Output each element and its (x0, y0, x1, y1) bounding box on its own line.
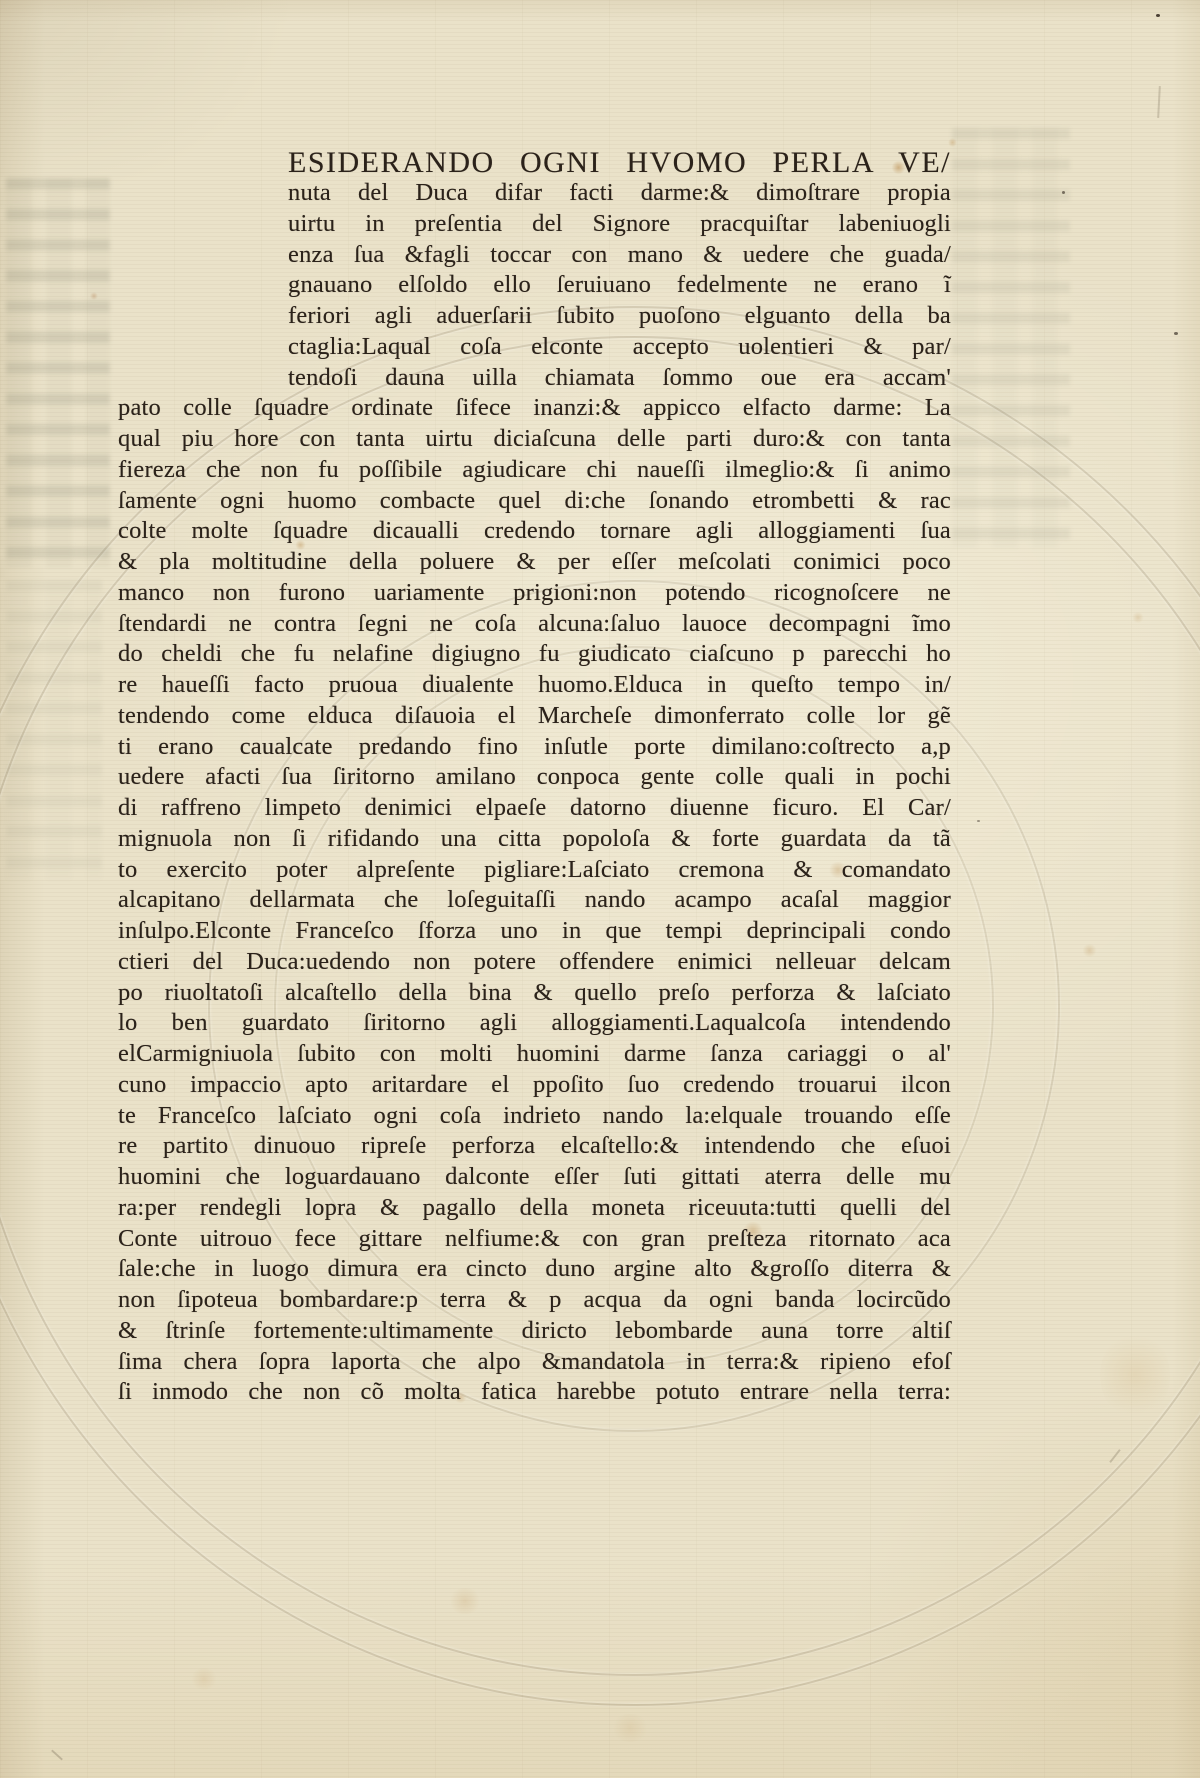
text-line: uedere afacti ſua ſiritorno amilano conp… (118, 762, 951, 793)
text-line: to exercito poter alpreſente pigliare:La… (118, 855, 951, 886)
text-line: manco non furono uariamente prigioni:non… (118, 578, 951, 609)
text-line: mignuola non ſi rifidando una citta popo… (118, 824, 951, 855)
foxing-stain (1132, 612, 1144, 623)
text-line: Conte uitrouo fece gittare nelfiume:& co… (118, 1224, 951, 1255)
text-line: pato colle ſquadre ordinate ſifece inanz… (118, 393, 951, 424)
text-line: po riuoltatoſi alcaſtello della bina & q… (118, 978, 951, 1009)
corner-mark-bottom-right (1109, 1449, 1120, 1463)
text-line: ſale:che in luogo dimura era cincto duno… (118, 1254, 951, 1285)
text-line: ſamente ogni huomo combacte quel di:che … (118, 486, 951, 517)
text-line: cuno impaccio apto aritardare el ppoſito… (118, 1070, 951, 1101)
foxing-stain (190, 1668, 218, 1690)
book-page: ESIDERANDO OGNI HVOMO PERLA VE/ nuta del… (0, 0, 1200, 1778)
text-line: & ſtrinſe fortemente:ultimamente diricto… (118, 1316, 951, 1347)
text-line: qual piu hore con tanta uirtu diciaſcuna… (118, 424, 951, 455)
indented-opening-block: ESIDERANDO OGNI HVOMO PERLA VE/ nuta del… (288, 146, 951, 393)
opening-capitals-line: ESIDERANDO OGNI HVOMO PERLA VE/ (288, 146, 951, 180)
text-line: elCarmigniuola ſubito con molti huomini … (118, 1039, 951, 1070)
text-line: enza ſua &fagli toccar con mano & uedere… (288, 240, 951, 271)
corner-mark-bottom-left (51, 1750, 63, 1761)
ink-speck (1062, 191, 1065, 194)
ink-speck (1156, 14, 1160, 17)
text-line: tendendo come elduca diſauoia el Marcheſ… (118, 701, 951, 732)
text-line: huomini che loguardauano dalconte eſſer … (118, 1162, 951, 1193)
text-line: ti erano caualcate predando fino inſutle… (118, 732, 951, 763)
ink-speck (977, 820, 980, 822)
text-line: di raffreno limpeto denimici elpaeſe dat… (118, 793, 951, 824)
foxing-stain (1100, 1330, 1170, 1420)
text-line: ctaglia:Laqual coſa elconte accepto uole… (288, 332, 951, 363)
text-line: nuta del Duca difar facti darme:& dimoſt… (288, 178, 951, 209)
ink-speck (1174, 332, 1178, 335)
showthrough-right-margin (952, 128, 1070, 548)
text-line: colte molte ſquadre dicaualli credendo t… (118, 516, 951, 547)
text-line: ra:per rendegli lopra & pagallo della mo… (118, 1193, 951, 1224)
text-line: ſi inmodo che non cõ molta fatica harebb… (118, 1377, 951, 1408)
text-line: ſima chera ſopra laporta che alpo &manda… (118, 1347, 951, 1378)
foxing-stain (448, 1588, 482, 1614)
text-line: tendoſi dauna uilla chiamata ſommo oue e… (288, 363, 951, 394)
text-line: ſtendardi ne contra ſegni ne coſa alcuna… (118, 609, 951, 640)
text-line: re partito dinuouo ripreſe perforza elca… (118, 1131, 951, 1162)
text-line: alcapitano dellarmata che loſeguitaſſi n… (118, 885, 951, 916)
showthrough-left-margin (6, 178, 110, 568)
text-line: inſulpo.Elconte Franceſco ſforza uno in … (118, 916, 951, 947)
foxing-stain (1082, 944, 1097, 957)
foxing-stain (610, 1714, 650, 1742)
text-line: uirtu in preſentia del Signore pracquiſt… (288, 209, 951, 240)
text-line: & pla moltitudine della poluere & per eſ… (118, 547, 951, 578)
text-line: ctieri del Duca:uedendo non potere offen… (118, 947, 951, 978)
text-line: te Franceſco laſciato ogni coſa indrieto… (118, 1101, 951, 1132)
showthrough-left-lower (6, 580, 102, 880)
foxing-stain (90, 292, 98, 300)
body-lines: pato colle ſquadre ordinate ſifece inanz… (118, 393, 951, 1408)
pencil-mark-top-right (1157, 86, 1161, 118)
text-line: lo ben guardato ſiritorno agli alloggiam… (118, 1008, 951, 1039)
text-line: gnauano elſoldo ello ſeruiuano fedelment… (288, 270, 951, 301)
text-line: fiereza che non fu poſſibile agiudicare … (118, 455, 951, 486)
text-line: re haueſſi facto pruoua diualente huomo.… (118, 670, 951, 701)
text-line: feriori agli aduerſarii ſubito puoſono e… (288, 301, 951, 332)
text-block: ESIDERANDO OGNI HVOMO PERLA VE/ nuta del… (118, 146, 951, 1408)
opening-lines: nuta del Duca difar facti darme:& dimoſt… (288, 178, 951, 393)
text-line: non ſipoteua bombardare:p terra & p acqu… (118, 1285, 951, 1316)
text-line: do cheldi che fu nelafine digiugno fu gi… (118, 639, 951, 670)
